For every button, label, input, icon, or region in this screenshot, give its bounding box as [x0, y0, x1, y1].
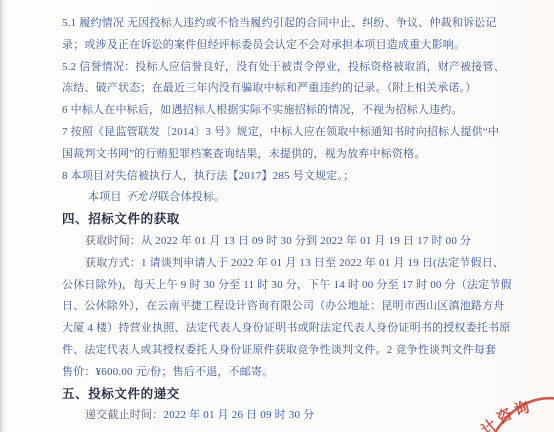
clause-5-1-line-1: 5.1 履约情况 无因投标人违约或不恰当履约引起的合同中止、纠纷、争议、仲裁和诉…	[62, 13, 522, 35]
submission-deadline-date: 2022 年 01 月 26 日 09 时 30 分	[163, 409, 314, 421]
acquisition-method-value: 1 请谈判申请人于 2022 年 01 月 13 日至 2022 年 01 月 …	[141, 257, 504, 269]
document-page: 5.1 履约情况 无因投标人违约或不恰当履约引起的合同中止、纠纷、争议、仲裁和诉…	[0, 0, 554, 432]
acquisition-method-label: 获取方式：	[85, 257, 141, 269]
acquisition-method-line-1: 获取方式：1 请谈判申请人于 2022 年 01 月 13 日至 2022 年 …	[62, 253, 522, 275]
text-segment: 联合体投标。	[158, 191, 225, 203]
clause-5-2-line-2: 冻结、破产状态；在最近三年内没有骗取中标和严重违约的记录。（附上相关承诺。）	[62, 78, 522, 100]
acquisition-method-line-5: 件、法定代表人或其授权委托人身份证原件获取竞争性谈判文件。2 竞争性谈判文件每套	[62, 340, 522, 362]
submission-deadline-line: 递交截止时间：2022 年 01 月 26 日 09 时 30 分	[62, 405, 522, 427]
acquisition-time-label: 获取时间：	[85, 235, 141, 247]
submission-deadline-label: 递交截止时间：	[85, 409, 163, 421]
acquisition-method-line-3: 日、公休除外），在云南平捷工程设计咨询有限公司（办公地址：昆明市西山区滇池路方舟	[62, 296, 522, 318]
document-price-line: 售价：¥600.00 元/份；售后不退，不邮寄。	[62, 362, 522, 384]
acquisition-method-line-2: 公休日除外)，每天上午 9 时 30 分至 11 时 30 分，下午 14 时 …	[62, 275, 522, 297]
clause-5-2-line-1: 5.2 信誉情况：投标人应信誉良好，没有处于被责令停业，投标资格被取消，财产被接…	[62, 57, 522, 79]
acquisition-method-line-4: 大厦 4 楼）持营业执照、法定代表人身份证明书或附法定代表人身份证明书的授权委托…	[62, 318, 522, 340]
clause-7-line-1: 7 按照《昆监管联发〔2014〕3 号》规定，中标人应在领取中标通知书时向招标人…	[62, 122, 522, 144]
not-allowed-emphasis: 不允许	[123, 187, 160, 209]
section-heading-bid-submission: 五、投标文件的递交	[62, 384, 522, 406]
text-segment: 本项目	[88, 191, 125, 203]
page-edge-shadow	[0, 0, 8, 432]
clause-8: 8 本项目对失信被执行人，执行法【2017】285 号文规定。；	[62, 166, 522, 188]
clause-7-line-2: 国裁判文书网”的行贿犯罪档案查询结果，未提供的，视为放弃中标资格。	[62, 144, 522, 166]
clause-5-1-line-2: 录；或涉及正在诉讼的案件但经评标委员会认定不会对承担本项目造成重大影响。	[62, 35, 522, 57]
section-heading-document-acquisition: 四、招标文件的获取	[62, 209, 522, 231]
acquisition-time-line: 获取时间：从 2022 年 01 月 13 日 09 时 30 分到 2022 …	[62, 231, 522, 253]
clause-6: 6 中标人在中标后，如遇招标人根据实际不实施招标的情况，不视为招标人违约。	[62, 100, 522, 122]
document-body: 5.1 履约情况 无因投标人违约或不恰当履约引起的合同中止、纠纷、争议、仲裁和诉…	[62, 13, 522, 427]
no-consortium-clause: 本项目 不允许联合体投标。	[62, 187, 522, 209]
acquisition-time-value: 从 2022 年 01 月 13 日 09 时 30 分到 2022 年 01 …	[141, 235, 471, 247]
